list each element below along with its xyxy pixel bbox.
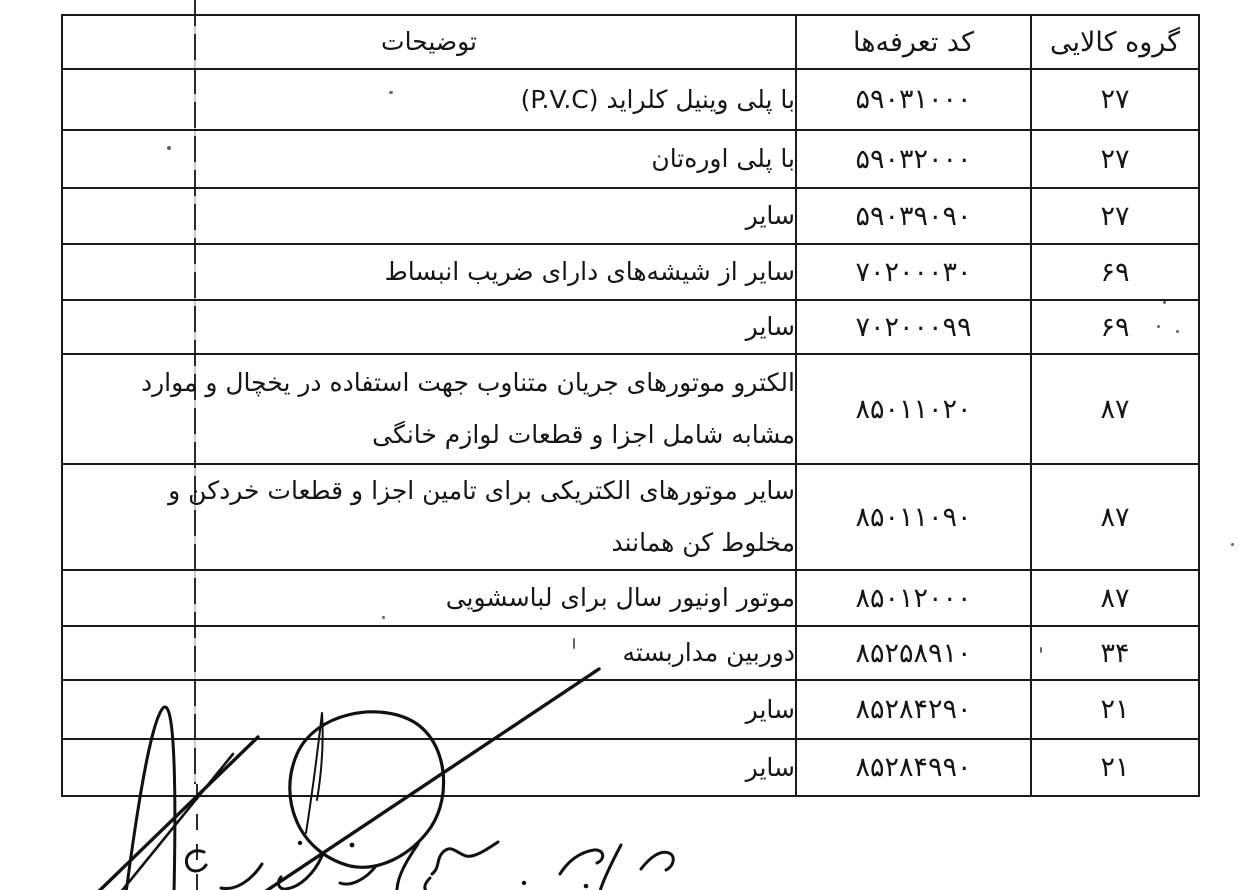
description-cell: با پلی وینیل کلراید (P.V.C): [62, 69, 796, 130]
product-group-cell: ۲۷: [1031, 69, 1199, 130]
description-cell: با پلی اوره‌تان: [62, 130, 796, 188]
scan-speck: [573, 638, 575, 649]
scan-speck: [1040, 647, 1042, 653]
description-cell: دوربین مداربسته: [62, 626, 796, 680]
scan-speck: [1176, 330, 1179, 333]
scan-speck: [382, 616, 385, 619]
tariff-code-cell: ۷۰۲۰۰۰۹۹: [796, 300, 1031, 354]
tariff-code-cell: ۸۵۲۸۴۲۹۰: [796, 680, 1031, 739]
table-row: ۲۷ ۵۹۰۳۱۰۰۰ با پلی وینیل کلراید (P.V.C): [62, 69, 1199, 130]
tariff-code-cell: ۵۹۰۳۱۰۰۰: [796, 69, 1031, 130]
table-row: ۲۱ ۸۵۲۸۴۲۹۰ سایر: [62, 680, 1199, 739]
table-row: ۸۷ ۸۵۰۱۱۰۹۰ سایر موتورهای الکتریکی برای …: [62, 464, 1199, 570]
description-cell: سایر: [62, 188, 796, 244]
header-description: توضیحات: [62, 15, 796, 69]
tariff-table: گروه کالایی کد تعرفه‌ها توضیحات ۲۷ ۵۹۰۳۱…: [61, 14, 1200, 797]
header-tariff-code: کد تعرفه‌ها: [796, 15, 1031, 69]
description-cell: سایر: [62, 739, 796, 796]
table-row: ۸۷ ۸۵۰۱۱۰۲۰ الکترو موتورهای جریان متناوب…: [62, 354, 1199, 464]
description-cell: الکترو موتورهای جریان متناوب جهت استفاده…: [62, 354, 796, 464]
table-row: ۸۷ ۸۵۰۱۲۰۰۰ موتور اونیور سال برای لباسشو…: [62, 570, 1199, 626]
scan-speck: [1231, 543, 1234, 546]
description-cell: سایر: [62, 680, 796, 739]
scan-speck: [167, 146, 171, 150]
product-group-cell: ۳۴: [1031, 626, 1199, 680]
table-header-row: گروه کالایی کد تعرفه‌ها توضیحات: [62, 15, 1199, 69]
scan-speck: [1163, 300, 1166, 304]
description-cell: موتور اونیور سال برای لباسشویی: [62, 570, 796, 626]
product-group-cell: ۶۹: [1031, 300, 1199, 354]
header-product-group: گروه کالایی: [1031, 15, 1199, 69]
page-crease-line-dashed: [196, 784, 198, 890]
scan-speck: [389, 91, 393, 94]
tariff-code-cell: ۸۵۲۸۴۹۹۰: [796, 739, 1031, 796]
table-row: ۲۷ ۵۹۰۳۲۰۰۰ با پلی اوره‌تان: [62, 130, 1199, 188]
tariff-code-cell: ۷۰۲۰۰۰۳۰: [796, 244, 1031, 300]
table-row: ۶۹ ۷۰۲۰۰۰۳۰ سایر از شیشه‌های دارای ضریب …: [62, 244, 1199, 300]
table-row: ۲۷ ۵۹۰۳۹۰۹۰ سایر: [62, 188, 1199, 244]
product-group-cell: ۲۷: [1031, 188, 1199, 244]
description-cell: سایر: [62, 300, 796, 354]
tariff-code-cell: ۵۹۰۳۲۰۰۰: [796, 130, 1031, 188]
table-row: ۳۴ ۸۵۲۵۸۹۱۰ دوربین مداربسته: [62, 626, 1199, 680]
product-group-cell: ۲۱: [1031, 680, 1199, 739]
product-group-cell: ۲۱: [1031, 739, 1199, 796]
tariff-code-cell: ۵۹۰۳۹۰۹۰: [796, 188, 1031, 244]
tariff-code-cell: ۸۵۰۱۱۰۲۰: [796, 354, 1031, 464]
scanned-document-page: { "document": { "direction": "rtl", "col…: [0, 0, 1239, 890]
table-row: ۶۹ ۷۰۲۰۰۰۹۹ سایر: [62, 300, 1199, 354]
product-group-cell: ۸۷: [1031, 570, 1199, 626]
tariff-code-cell: ۸۵۲۵۸۹۱۰: [796, 626, 1031, 680]
scan-speck: [1157, 325, 1160, 328]
description-cell: سایر از شیشه‌های دارای ضریب انبساط: [62, 244, 796, 300]
tariff-code-cell: ۸۵۰۱۲۰۰۰: [796, 570, 1031, 626]
table-row: ۲۱ ۸۵۲۸۴۹۹۰ سایر: [62, 739, 1199, 796]
description-cell: سایر موتورهای الکتریکی برای تامین اجزا و…: [62, 464, 796, 570]
product-group-cell: ۲۷: [1031, 130, 1199, 188]
product-group-cell: ۶۹: [1031, 244, 1199, 300]
product-group-cell: ۸۷: [1031, 354, 1199, 464]
product-group-cell: ۸۷: [1031, 464, 1199, 570]
tariff-code-cell: ۸۵۰۱۱۰۹۰: [796, 464, 1031, 570]
